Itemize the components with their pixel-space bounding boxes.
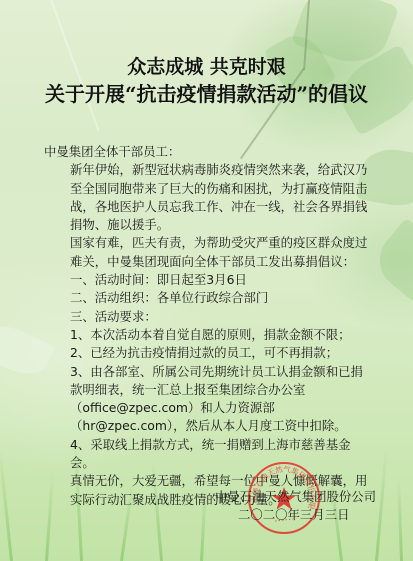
- poster-background: 众志成城 共克时艰 关于开展“抗击疫情捐款活动”的倡议 中曼集团全体干部员工： …: [0, 0, 413, 561]
- title-main: 关于开展“抗击疫情捐款活动”的倡议: [0, 78, 413, 107]
- requirement-4: 4、采取线上捐款方式，统一捐赠到上海市慈善基金会。: [44, 436, 370, 473]
- leaf-decoration: [368, 218, 413, 303]
- signature-organization: 中曼石油天然气集团股份公司: [215, 487, 376, 505]
- item-activity-requirements: 三、活动要求：: [44, 308, 370, 326]
- item-activity-organizer: 二、活动组织：各单位行政综合部门: [44, 289, 370, 307]
- paragraph-appeal: 国家有难，匹夫有责，为帮助受灾严重的疫区群众度过难关，中曼集团现面向全体干部员工…: [44, 234, 370, 271]
- grass-decoration: [375, 446, 388, 561]
- letter-body: 中曼集团全体干部员工： 新年伊始，新型冠状病毒肺炎疫情突然来袭，给武汉乃至全国同…: [44, 143, 370, 509]
- title-slogan: 众志成城 共克时艰: [0, 52, 413, 79]
- requirement-3: 3、由各部室、所属公司先期统计员工认捐金额和已捐款明细表，统一汇总上报至集团综合…: [44, 363, 370, 436]
- grass-decoration: [0, 451, 13, 561]
- grass-decoration: [397, 476, 403, 561]
- requirement-2: 2、已经为抗击疫情捐过款的员工，可不再捐款；: [44, 344, 370, 362]
- paragraph-intro: 新年伊始，新型冠状病毒肺炎疫情突然来袭，给武汉乃至全国同胞带来了巨大的伤痛和困扰…: [44, 161, 370, 234]
- signature-date: 二〇二〇年三月三日: [238, 505, 350, 523]
- item-activity-time: 一、活动时间：即日起至3月6日: [44, 271, 370, 289]
- salutation: 中曼集团全体干部员工：: [44, 143, 370, 161]
- requirement-1: 1、本次活动本着自觉自愿的原则，捐款金额不限；: [44, 326, 370, 344]
